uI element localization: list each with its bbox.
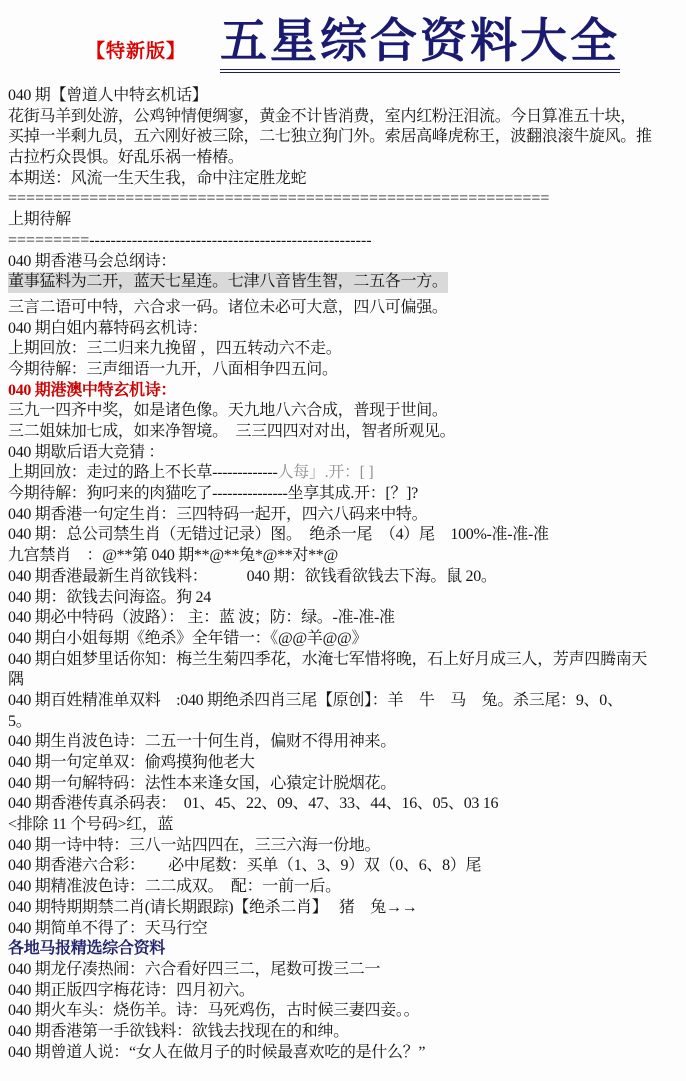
section-heading: 040 期歇后语大竞猜 ：: [8, 443, 682, 464]
separator-line: ========================================…: [8, 189, 682, 210]
text-line: 上期待解: [8, 210, 682, 231]
section-heading-red: 040 期港澳中特玄机诗：: [8, 381, 682, 402]
text-line: 买掉一半剩九员，五六刚好被三除，二七独立狗门外。索居高峰虎称王，波翻浪滚牛旋风。…: [8, 127, 682, 148]
text-line: 040 期香港一句定生肖：三四特码一起开，四六八码来中特。: [8, 505, 682, 526]
text-line: 5。: [8, 712, 682, 733]
faded-text: 人每」.开：[ ]: [277, 464, 373, 481]
text-line: 三言二语可中特，六合求一码。诸位未必可大意，四八可偏强。: [8, 298, 682, 319]
text-line: 040 期一句定单双：偷鸡摸狗他老大: [8, 753, 682, 774]
text-line: 上期回放：三二归来九挽留 ，四五转动六不走。: [8, 339, 682, 360]
text-line: 040 期香港六合彩： 必中尾数：买单（1、3、9）双（0、6、8）尾: [8, 856, 682, 877]
text-line: 今期待解：狗叼来的肉猫吃了---------------坐享其成.开：[？]?: [8, 484, 682, 505]
text-line: 040 期一句解特码：法性本来逢女国，心猿定计脱烟花。: [8, 774, 682, 795]
edition-badge: 【特新版】: [86, 36, 186, 73]
text-line: 040 期香港传真杀码表： 01、45、22、09、47、33、44、16、05…: [8, 794, 682, 815]
separator-line: =========-------------------------------…: [8, 231, 682, 252]
section-heading: 040 期【曾道人中特玄机话】: [8, 86, 682, 107]
text-line: 三九一四齐中奖，如是诸色像。天九地八六合成，普现于世间。: [8, 401, 682, 422]
highlighted-text-line: 董事猛料为二开，蓝天七星连。七津八音皆生智，二五各一方。: [8, 272, 448, 293]
text-line: 040 期一诗中特：三八一站四四在，三三六海一份地。: [8, 836, 682, 857]
page-title: 五星综合资料大全: [220, 18, 620, 73]
text-line: 040 期百姓精准单双料 :040 期绝杀四肖三尾【原创】：羊 牛 马 兔。杀三…: [8, 691, 682, 712]
text-line: 今期待解：三声细语一九开，八面相争四五问。: [8, 360, 682, 381]
text-line: 上期回放：走过的路上不长草-------------人每」.开：[ ]: [8, 463, 682, 484]
text-line: 040 期曾道人说：“女人在做月子的时候最喜欢吃的是什么？”: [8, 1043, 682, 1064]
text-line: 040 期特期期禁二肖(请长期跟踪)【绝杀二肖】 猪 兔→→: [8, 898, 682, 919]
text-line: 040 期白姐梦里话你知：梅兰生菊四季花，水淹七军惜将晚，石上好月成三人，芳声四…: [8, 650, 682, 671]
text-line: 隅: [8, 670, 682, 691]
text-line: 古拉朽众畏惧。好乱乐祸一椿椿。: [8, 148, 682, 169]
section-heading: 040 期白姐内幕特码玄机诗：: [8, 319, 682, 340]
document-body: 040 期【曾道人中特玄机话】 花街马羊到处游，公鸡钟情便绸寥，黄金不计皆消费，…: [8, 86, 682, 1063]
text-line: 040 期简单不得了：天马行空: [8, 919, 682, 940]
section-heading-navy: 各地马报精选综合资料: [8, 939, 682, 960]
text-line: 九宫禁肖 ：@**第 040 期**@**兔*@**对**@: [8, 546, 682, 567]
text-line: 040 期龙仔凑热闹：六合看好四三二，尾数可拨三二一: [8, 960, 682, 981]
text-line: 040 期必中特码（波路）： 主：蓝 波；防：绿。-准-准-准: [8, 608, 682, 629]
text-line: 040 期香港第一手欲钱料：欲钱去找现在的和绅。: [8, 1022, 682, 1043]
text-line: 040 期生肖波色诗：二五一十何生肖，偏财不得用神来。: [8, 732, 682, 753]
text-line: 040 期精准波色诗：二二成双。 配：一前一后。: [8, 877, 682, 898]
text-line: 花街马羊到处游，公鸡钟情便绸寥，黄金不计皆消费，室内红粉汪泪流。今日算准五十块，: [8, 107, 682, 128]
text-line: 040 期：总公司禁生肖（无错过记录）图。 绝杀一尾 （4）尾 100%-准-准…: [8, 525, 682, 546]
document: 【特新版】 五星综合资料大全 040 期【曾道人中特玄机话】 花街马羊到处游，公…: [0, 0, 686, 1081]
text-line: 040 期香港最新生肖欲钱料： 040 期：欲钱看欲钱去下海。鼠 20。: [8, 567, 682, 588]
text-line: 三二姐妹加七成，如来净智境。 三三四四对对出，智者所观见。: [8, 422, 682, 443]
text-line: 本期送：风流一生天生我，命中注定胜龙蛇: [8, 169, 682, 190]
text-line: <排除 11 个号码>红，蓝: [8, 815, 682, 836]
section-heading: 040 期香港马会总纲诗：: [8, 252, 682, 273]
document-header: 【特新版】 五星综合资料大全: [0, 18, 686, 73]
text-line: 040 期：欲钱去问海盗。狗 24: [8, 588, 682, 609]
text-line: 040 期白小姐每期《绝杀》全年错一：《@@羊@@》: [8, 629, 682, 650]
text-line: 040 期火车头：烧伤羊。诗：马死鸡伤，古时候三妻四妾。。: [8, 1001, 682, 1022]
text-line: 040 期正版四字梅花诗：四月初六。: [8, 981, 682, 1002]
